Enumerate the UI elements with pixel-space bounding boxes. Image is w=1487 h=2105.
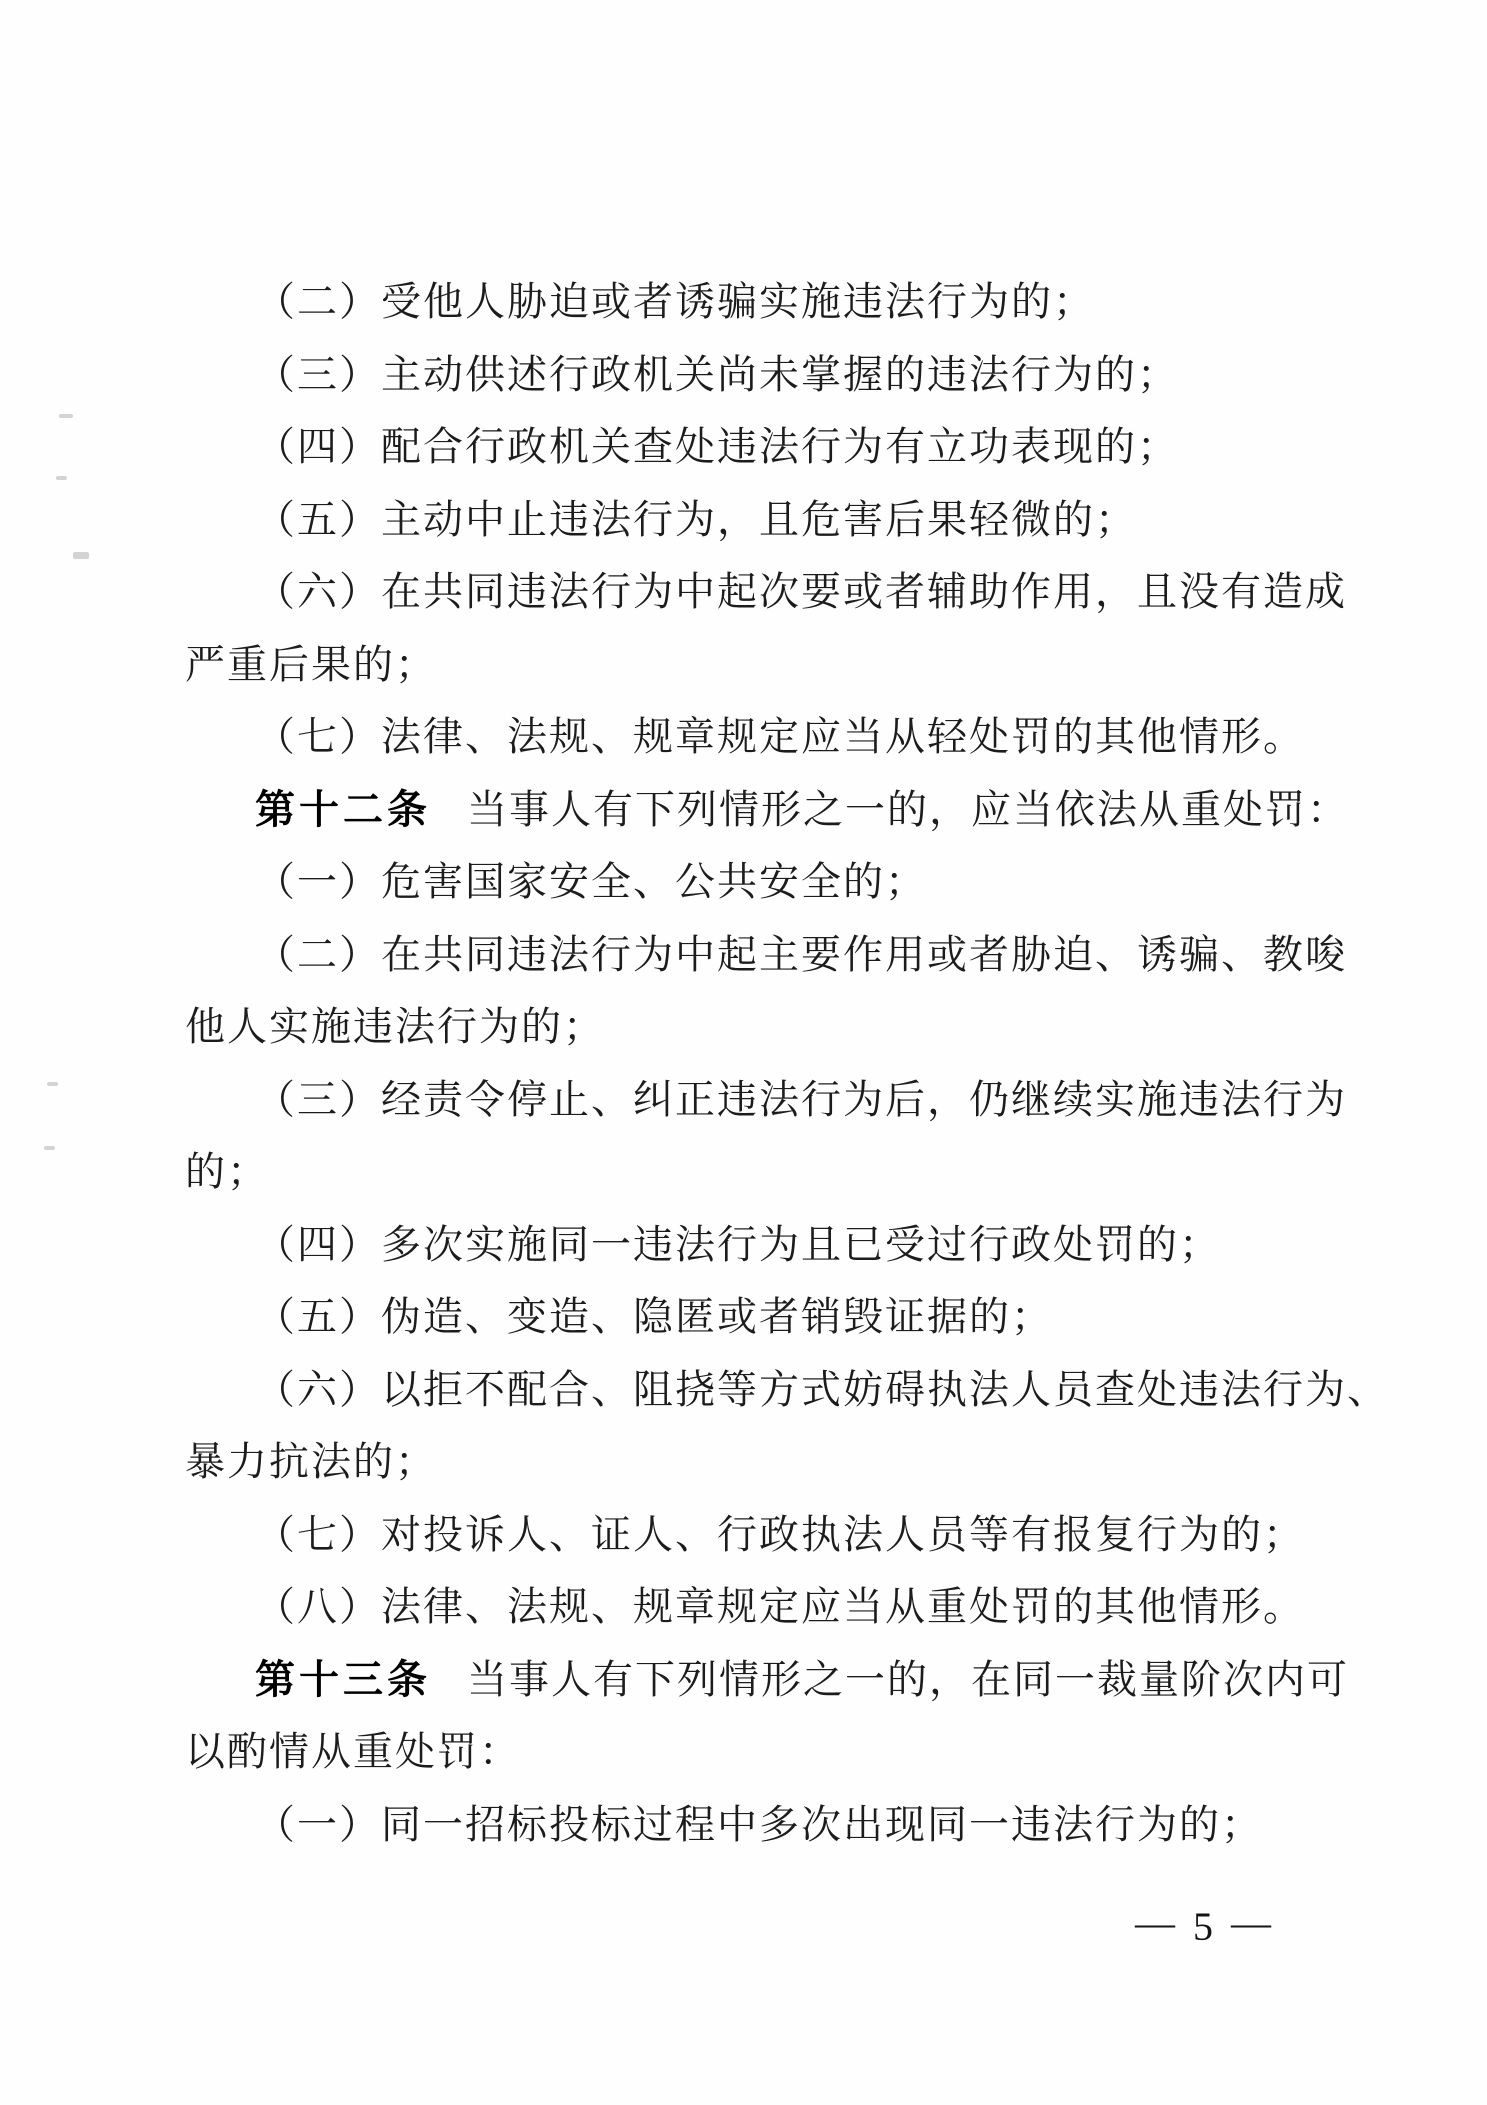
document-line: （八）法律、法规、规章规定应当从重处罚的其他情形。 [185, 1571, 1365, 1644]
document-line-text: （四）配合行政机关查处违法行为有立功表现的； [255, 424, 1179, 469]
page-number: —5— [1117, 1903, 1289, 1950]
document-line: （三）经责令停止、纠正违法行为后，仍继续实施违法行为 [185, 1064, 1365, 1137]
article-number-heading: 第十二条 [255, 788, 431, 832]
document-line-text: （三）经责令停止、纠正违法行为后，仍继续实施违法行为 [255, 1077, 1347, 1122]
document-line-text: （四）多次实施同一违法行为且已受过行政处罚的； [255, 1222, 1221, 1267]
document-line-text: （一）同一招标投标过程中多次出现同一违法行为的； [255, 1802, 1263, 1847]
document-line-text: （一）危害国家安全、公共安全的； [255, 859, 927, 904]
document-line: （六）在共同违法行为中起次要或者辅助作用，且没有造成 [185, 556, 1365, 629]
document-line: （五）伪造、变造、隐匿或者销毁证据的； [185, 1281, 1365, 1354]
document-line: （六）以拒不配合、阻挠等方式妨碍执法人员查处违法行为、 [185, 1354, 1365, 1427]
document-line: 以酌情从重处罚： [185, 1716, 1365, 1789]
document-line-text: （六）以拒不配合、阻挠等方式妨碍执法人员查处违法行为、 [255, 1367, 1389, 1412]
scan-speck [44, 1146, 55, 1150]
article-number-heading: 第十三条 [255, 1658, 431, 1702]
document-line-text: 当事人有下列情形之一的，在同一裁量阶次内可 [467, 1657, 1349, 1702]
page-number-left-dash: — [1135, 1899, 1175, 1946]
document-text-block: （二）受他人胁迫或者诱骗实施违法行为的； （三）主动供述行政机关尚未掌握的违法行… [185, 266, 1365, 1861]
document-line: （一）同一招标投标过程中多次出现同一违法行为的； [185, 1789, 1365, 1862]
document-line-text: （三）主动供述行政机关尚未掌握的违法行为的； [255, 352, 1179, 397]
document-line-text: （七）对投诉人、证人、行政执法人员等有报复行为的； [255, 1512, 1305, 1557]
page-number-value: 5 [1193, 1903, 1213, 1950]
document-line: （三）主动供述行政机关尚未掌握的违法行为的； [185, 339, 1365, 412]
document-line-text: 他人实施违法行为的； [185, 1004, 605, 1049]
document-line-text: 以酌情从重处罚： [185, 1729, 521, 1774]
scan-speck [59, 414, 73, 418]
document-line-text: （七）法律、法规、规章规定应当从轻处罚的其他情形。 [255, 714, 1305, 759]
document-line-text: 暴力抗法的； [185, 1439, 437, 1484]
document-line: （四）配合行政机关查处违法行为有立功表现的； [185, 411, 1365, 484]
document-page: （二）受他人胁迫或者诱骗实施违法行为的； （三）主动供述行政机关尚未掌握的违法行… [0, 0, 1487, 2105]
document-line: （七）法律、法规、规章规定应当从轻处罚的其他情形。 [185, 701, 1365, 774]
document-line: （二）受他人胁迫或者诱骗实施违法行为的； [185, 266, 1365, 339]
scan-speck [47, 1082, 58, 1086]
document-line: 严重后果的； [185, 629, 1365, 702]
document-line-text: 严重后果的； [185, 642, 437, 687]
scan-speck [56, 476, 67, 480]
document-line: 他人实施违法行为的； [185, 991, 1365, 1064]
document-line: （七）对投诉人、证人、行政执法人员等有报复行为的； [185, 1499, 1365, 1572]
document-line: 第十三条当事人有下列情形之一的，在同一裁量阶次内可 [185, 1644, 1365, 1717]
document-line: 的； [185, 1136, 1365, 1209]
document-line-text: （八）法律、法规、规章规定应当从重处罚的其他情形。 [255, 1584, 1305, 1629]
document-line-text: 的； [185, 1149, 269, 1194]
document-line-text: （二）在共同违法行为中起主要作用或者胁迫、诱骗、教唆 [255, 932, 1347, 977]
document-line: （二）在共同违法行为中起主要作用或者胁迫、诱骗、教唆 [185, 919, 1365, 992]
document-line: （一）危害国家安全、公共安全的； [185, 846, 1365, 919]
scan-speck [73, 552, 89, 559]
document-line: （四）多次实施同一违法行为且已受过行政处罚的； [185, 1209, 1365, 1282]
document-line-text: （五）主动中止违法行为，且危害后果轻微的； [255, 497, 1137, 542]
document-line-text: （五）伪造、变造、隐匿或者销毁证据的； [255, 1294, 1053, 1339]
document-line: 第十二条当事人有下列情形之一的，应当依法从重处罚： [185, 774, 1365, 847]
document-line: 暴力抗法的； [185, 1426, 1365, 1499]
document-line-text: （二）受他人胁迫或者诱骗实施违法行为的； [255, 279, 1095, 324]
document-line-text: （六）在共同违法行为中起次要或者辅助作用，且没有造成 [255, 569, 1347, 614]
document-line: （五）主动中止违法行为，且危害后果轻微的； [185, 484, 1365, 557]
page-number-right-dash: — [1231, 1899, 1271, 1946]
document-line-text: 当事人有下列情形之一的，应当依法从重处罚： [467, 787, 1349, 832]
